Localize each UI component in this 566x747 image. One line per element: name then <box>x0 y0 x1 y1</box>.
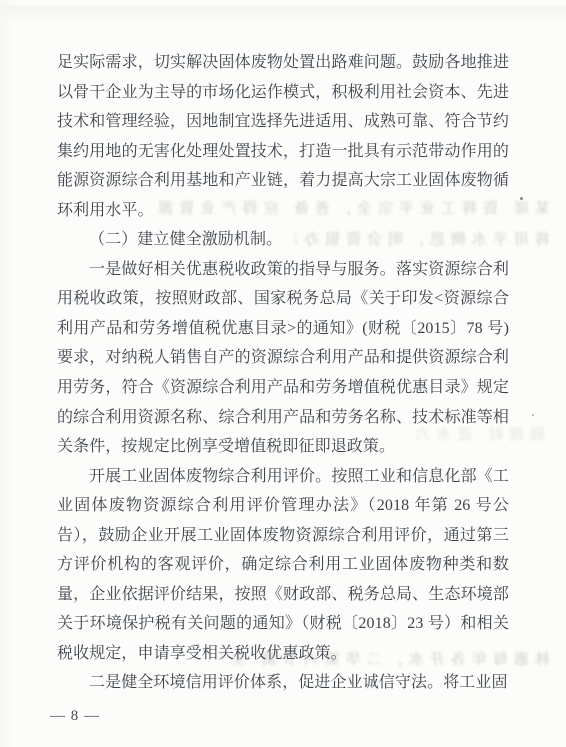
scan-artifact-edge <box>0 0 14 747</box>
paragraph: 二是健全环境信用评价体系，促进企业诚信守法。将工业固 <box>57 668 509 698</box>
document-body: 足实际需求，切实解决固体废物处置出路难问题。鼓励各地推进以骨干企业为主导的市场化… <box>57 48 509 698</box>
ink-speck <box>532 414 534 416</box>
scan-artifact-band <box>0 5 566 29</box>
scanned-document-page: 某席 资将工业平宗全，善备 应得产业管源员本点 将用平水侧思，明会资银办理 础现… <box>0 0 566 747</box>
page-number: — 8 — <box>50 708 100 725</box>
section-heading: （二）建立健全激励机制。 <box>57 225 509 255</box>
ink-speck <box>520 197 523 200</box>
paragraph: 一是做好相关优惠税收政策的指导与服务。落实资源综合利用税收政策，按照财政部、国家… <box>57 255 509 462</box>
paragraph: 开展工业固体废物综合利用评价。按照工业和信息化部《工业固体废物资源综合利用评价管… <box>57 462 509 669</box>
paragraph-continuation: 足实际需求，切实解决固体废物处置出路难问题。鼓励各地推进以骨干企业为主导的市场化… <box>57 48 509 225</box>
